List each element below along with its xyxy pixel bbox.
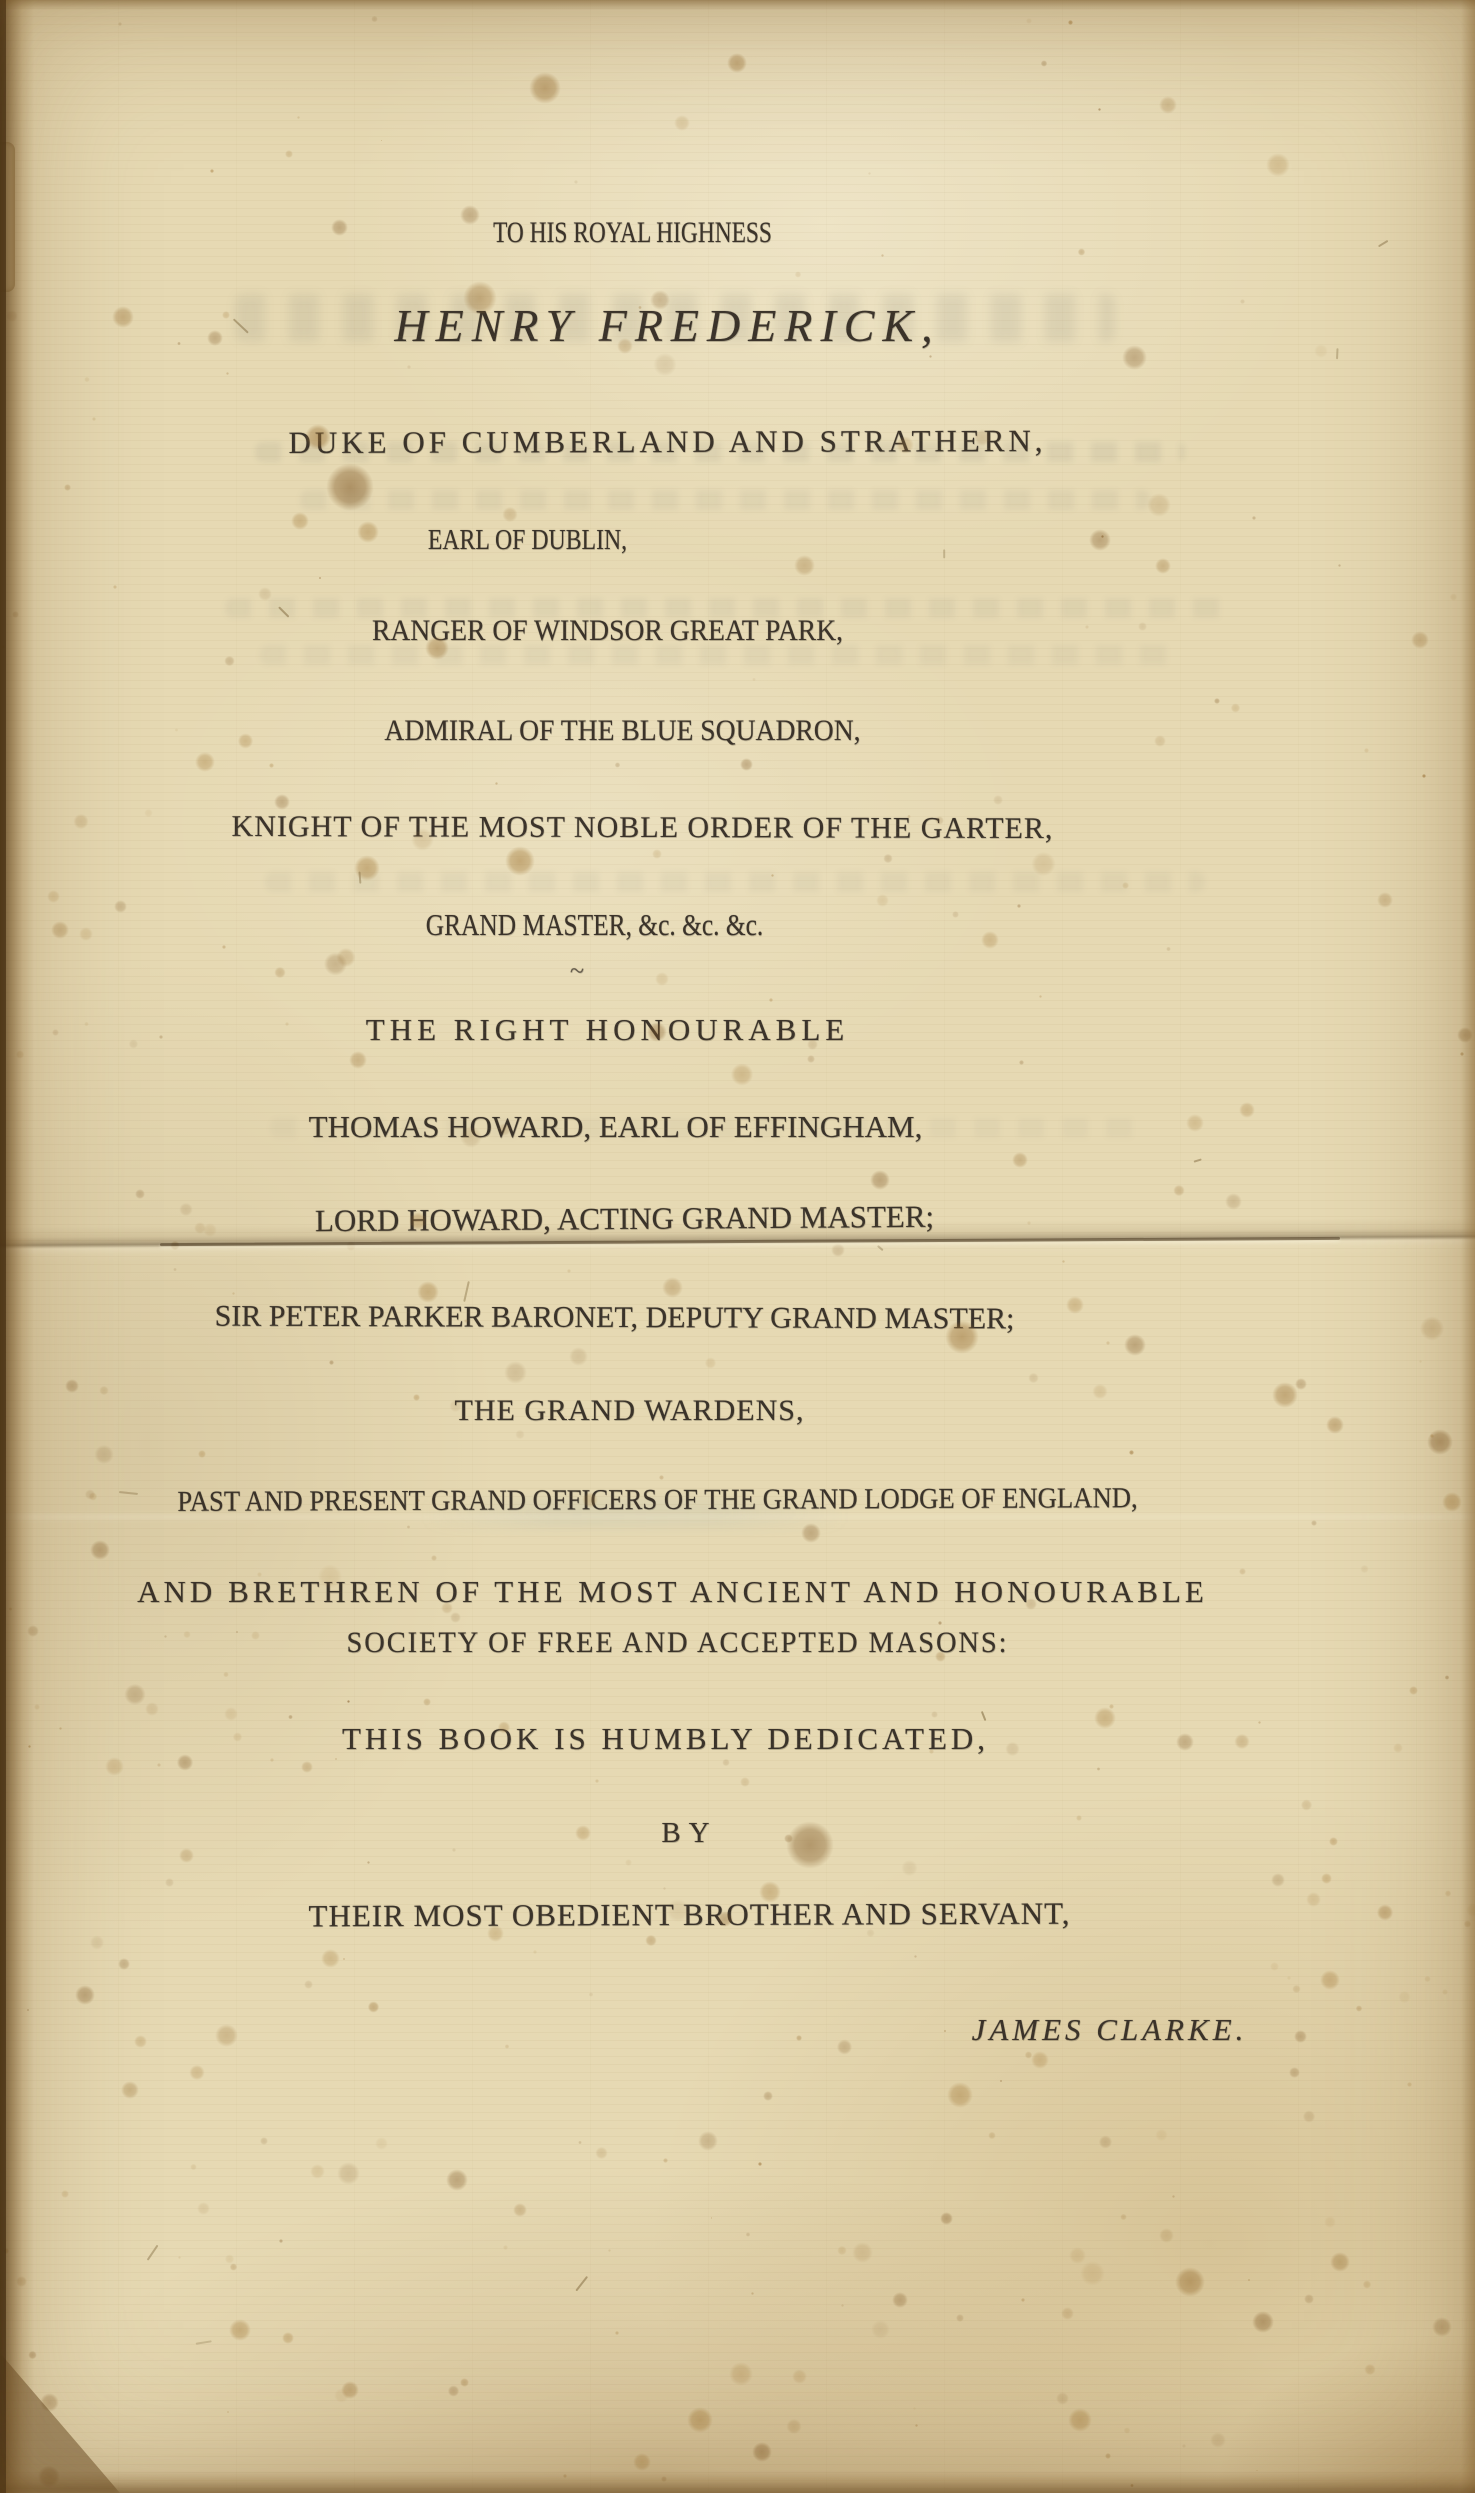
honouree-line: PAST AND PRESENT GRAND OFFICERS OF THE G… bbox=[0, 1483, 1336, 1517]
author-signature: JAMES CLARKE. bbox=[372, 2014, 1475, 2045]
honouree-line: SOCIETY OF FREE AND ACCEPTED MASONS: bbox=[0, 1628, 1378, 1658]
dedicatee-title: ADMIRAL OF THE BLUE SQUADRON, bbox=[0, 716, 1301, 746]
dedicatee-title: RANGER OF WINDSOR GREAT PARK, bbox=[0, 616, 1286, 646]
honouree-line: THOMAS HOWARD, EARL OF EFFINGHAM, bbox=[0, 1111, 1353, 1142]
dedication-text: TO HIS ROYAL HIGHNESS HENRY FREDERICK, D… bbox=[0, 0, 1475, 2493]
dedication-statement: THIS BOOK IS HUMBLY DEDICATED, bbox=[0, 1723, 1403, 1754]
dedicatee-title: DUKE OF CUMBERLAND AND STRATHERN, bbox=[0, 424, 1405, 459]
honouree-line: SIR PETER PARKER BARONET, DEPUTY GRAND M… bbox=[0, 1300, 1352, 1335]
dedication-closing: THEIR MOST OBEDIENT BROTHER AND SERVANT, bbox=[0, 1896, 1427, 1932]
dedicatee-name: HENRY FREDERICK, bbox=[0, 303, 1405, 349]
honouree-line: THE RIGHT HONOURABLE bbox=[0, 1014, 1345, 1045]
honouree-line: AND BRETHREN OF THE MOST ANCIENT AND HON… bbox=[0, 1576, 1410, 1607]
dedicatee-title: KNIGHT OF THE MOST NOBLE ORDER OF THE GA… bbox=[0, 811, 1380, 845]
dedicatee-title: EARL OF DUBLIN, bbox=[0, 526, 1132, 555]
dedication-salutation: TO HIS ROYAL HIGHNESS bbox=[57, 218, 1208, 248]
scanned-book-page: TO HIS ROYAL HIGHNESS HENRY FREDERICK, D… bbox=[0, 0, 1475, 2493]
by-word: BY bbox=[0, 1819, 1427, 1848]
honouree-line: THE GRAND WARDENS, bbox=[0, 1396, 1367, 1426]
honouree-line: LORD HOWARD, ACTING GRAND MASTER; bbox=[0, 1198, 1362, 1239]
